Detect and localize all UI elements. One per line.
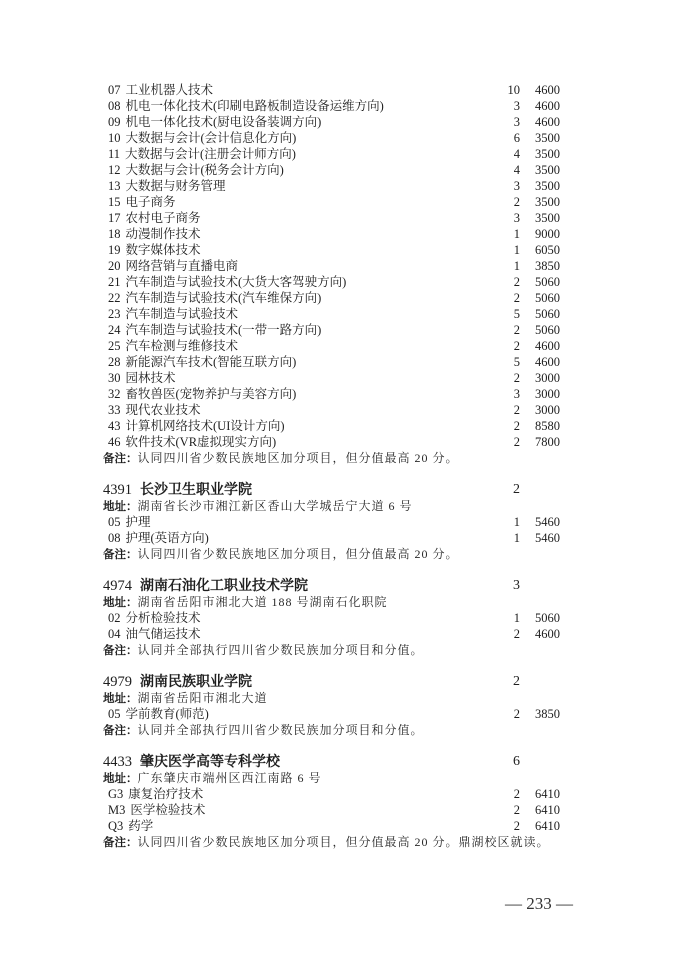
program-name: 汽车制造与试验技术 [126,307,239,321]
program-fee: 3500 [535,210,560,226]
program-code: 09 [108,115,121,129]
program-row: 12大数据与会计(税务会计方向)43500 [103,162,573,178]
program-name: 计算机网络技术(UI设计方向) [126,419,285,433]
program-row: 43计算机网络技术(UI设计方向)28580 [103,418,573,434]
program-row: 30园林技术23000 [103,370,573,386]
program-code: 19 [108,243,121,257]
school-header: 4974湖南石油化工职业技术学院3 [103,578,573,594]
program-fee: 3850 [535,706,560,722]
program-count: 2 [495,402,520,418]
program-code: 22 [108,291,121,305]
note-line: 备注：认同四川省少数民族地区加分项目，但分值最高 20 分。 [103,450,573,466]
program-name: 畜牧兽医(宠物养护与美容方向) [126,387,297,401]
program-count: 5 [495,306,520,322]
program-code: 11 [108,147,120,161]
address-label: 地址： [103,595,138,609]
program-code: 08 [108,531,121,545]
program-fee: 4600 [535,338,560,354]
address-label: 地址： [103,771,138,785]
program-row: 25汽车检测与维修技术24600 [103,338,573,354]
program-count: 3 [495,114,520,130]
address-text: 湖南省岳阳市湘北大道 [138,691,268,705]
program-row: 05护理15460 [103,514,573,530]
program-name: 大数据与会计(会计信息化方向) [126,131,297,145]
program-fee: 5060 [535,306,560,322]
program-row: 07工业机器人技术104600 [103,82,573,98]
school-count: 3 [495,578,520,594]
school-section-continued: 07工业机器人技术104600 08机电一体化技术(印刷电路板制造设备运维方向)… [103,82,573,466]
program-row: 08机电一体化技术(印刷电路板制造设备运维方向)34600 [103,98,573,114]
program-fee: 6410 [535,818,560,834]
note-label: 备注： [103,643,138,657]
program-row: 28新能源汽车技术(智能互联方向)54600 [103,354,573,370]
school-header: 4433肇庆医学高等专科学校6 [103,754,573,770]
section-spacer [103,738,573,754]
program-fee: 3000 [535,370,560,386]
program-code: 20 [108,259,121,273]
program-row: M3医学检验技术26410 [103,802,573,818]
note-text: 认同并全部执行四川省少数民族加分项目和分值。 [138,723,424,737]
program-count: 2 [495,274,520,290]
program-code: 24 [108,323,121,337]
program-code: G3 [108,787,123,801]
school-name: 肇庆医学高等专科学校 [140,754,280,770]
program-row: 24汽车制造与试验技术(一带一路方向)25060 [103,322,573,338]
school-section: 4391长沙卫生职业学院2 地址：湖南省长沙市湘江新区香山大学城岳宁大道 6 号… [103,482,573,562]
program-fee: 5060 [535,290,560,306]
address-text: 广东肇庆市端州区西江南路 6 号 [138,771,322,785]
program-name: 大数据与会计(注册会计师方向) [125,147,296,161]
note-text: 认同并全部执行四川省少数民族加分项目和分值。 [138,643,424,657]
program-code: 12 [108,163,121,177]
program-code: 17 [108,211,121,225]
program-fee: 9000 [535,226,560,242]
program-name: 汽车检测与维修技术 [126,339,239,353]
address-line: 地址：湖南省岳阳市湘北大道 [103,690,573,706]
address-label: 地址： [103,499,138,513]
program-code: M3 [108,803,125,817]
program-fee: 3000 [535,386,560,402]
note-label: 备注： [103,547,138,561]
program-count: 4 [495,146,520,162]
program-row: 20网络营销与直播电商13850 [103,258,573,274]
section-spacer [103,658,573,674]
program-name: 数字媒体技术 [126,243,201,257]
program-row: 23汽车制造与试验技术55060 [103,306,573,322]
program-row: 17农村电子商务33500 [103,210,573,226]
note-line: 备注：认同并全部执行四川省少数民族加分项目和分值。 [103,722,573,738]
school-name: 湖南民族职业学院 [140,674,252,690]
program-name: 汽车制造与试验技术(大货大客驾驶方向) [126,275,347,289]
program-code: 05 [108,515,121,529]
program-fee: 4600 [535,354,560,370]
address-line: 地址：湖南省岳阳市湘北大道 188 号湖南石化职院 [103,594,573,610]
program-fee: 3500 [535,194,560,210]
program-code: 10 [108,131,121,145]
program-count: 2 [495,434,520,450]
program-fee: 5060 [535,274,560,290]
program-name: 护理 [126,515,151,529]
program-code: 18 [108,227,121,241]
page-number: — 233 — [505,894,573,914]
program-code: 13 [108,179,121,193]
program-row: 22汽车制造与试验技术(汽车维保方向)25060 [103,290,573,306]
address-text: 湖南省岳阳市湘北大道 188 号湖南石化职院 [138,595,388,609]
school-header: 4979湖南民族职业学院2 [103,674,573,690]
program-count: 2 [495,626,520,642]
program-name: 农村电子商务 [126,211,201,225]
address-line: 地址：湖南省长沙市湘江新区香山大学城岳宁大道 6 号 [103,498,573,514]
note-label: 备注： [103,451,138,465]
program-code: 08 [108,99,121,113]
program-row: 02分析检验技术15060 [103,610,573,626]
program-count: 3 [495,98,520,114]
program-count: 6 [495,130,520,146]
program-code: 23 [108,307,121,321]
program-name: 新能源汽车技术(智能互联方向) [126,355,297,369]
program-code: 43 [108,419,121,433]
program-fee: 4600 [535,82,560,98]
program-row: 08护理(英语方向)15460 [103,530,573,546]
program-fee: 5460 [535,530,560,546]
program-code: 46 [108,435,121,449]
program-fee: 3850 [535,258,560,274]
program-code: 07 [108,83,121,97]
program-name: 分析检验技术 [126,611,201,625]
program-row: Q3药学26410 [103,818,573,834]
program-code: 21 [108,275,121,289]
section-spacer [103,466,573,482]
school-count: 2 [495,482,520,498]
note-label: 备注： [103,723,138,737]
program-code: 05 [108,707,121,721]
program-count: 3 [495,386,520,402]
program-name: 油气储运技术 [126,627,201,641]
program-row: 46软件技术(VR虚拟现实方向)27800 [103,434,573,450]
program-count: 2 [495,322,520,338]
program-row: 33现代农业技术23000 [103,402,573,418]
address-label: 地址： [103,691,138,705]
program-row: 32畜牧兽医(宠物养护与美容方向)33000 [103,386,573,402]
program-code: 25 [108,339,121,353]
program-fee: 4600 [535,626,560,642]
program-row: 11大数据与会计(注册会计师方向)43500 [103,146,573,162]
school-name: 湖南石油化工职业技术学院 [140,578,308,594]
program-count: 3 [495,210,520,226]
program-fee: 5060 [535,322,560,338]
school-code: 4391 [103,482,132,498]
address-text: 湖南省长沙市湘江新区香山大学城岳宁大道 6 号 [138,499,413,513]
program-count: 2 [495,706,520,722]
school-code: 4979 [103,674,132,690]
program-count: 2 [495,370,520,386]
program-row: 05学前教育(师范)23850 [103,706,573,722]
school-count: 6 [495,754,520,770]
program-count: 2 [495,194,520,210]
note-line: 备注：认同四川省少数民族地区加分项目，但分值最高 20 分。 [103,546,573,562]
program-fee: 3000 [535,402,560,418]
program-count: 1 [495,530,520,546]
program-name: 电子商务 [126,195,176,209]
program-count: 2 [495,290,520,306]
program-fee: 5460 [535,514,560,530]
note-label: 备注： [103,835,138,849]
program-count: 1 [495,514,520,530]
program-fee: 5060 [535,610,560,626]
program-name: 大数据与会计(税务会计方向) [126,163,284,177]
program-row: 21汽车制造与试验技术(大货大客驾驶方向)25060 [103,274,573,290]
program-fee: 3500 [535,178,560,194]
note-text: 认同四川省少数民族地区加分项目，但分值最高 20 分。鼎湖校区就读。 [138,835,550,849]
program-name: 网络营销与直播电商 [126,259,239,273]
program-name: 医学检验技术 [130,803,205,817]
program-name: 机电一体化技术(厨电设备装调方向) [126,115,322,129]
program-fee: 7800 [535,434,560,450]
program-code: 02 [108,611,121,625]
program-row: 13大数据与财务管理33500 [103,178,573,194]
note-line: 备注：认同四川省少数民族地区加分项目，但分值最高 20 分。鼎湖校区就读。 [103,834,573,850]
program-fee: 4600 [535,114,560,130]
program-code: 04 [108,627,121,641]
program-count: 10 [495,82,520,98]
program-name: 护理(英语方向) [126,531,209,545]
address-line: 地址：广东肇庆市端州区西江南路 6 号 [103,770,573,786]
program-name: 药学 [128,819,153,833]
program-count: 5 [495,354,520,370]
program-count: 2 [495,338,520,354]
program-fee: 4600 [535,98,560,114]
program-name: 学前教育(师范) [126,707,209,721]
program-fee: 6050 [535,242,560,258]
program-count: 1 [495,226,520,242]
program-name: 汽车制造与试验技术(汽车维保方向) [126,291,322,305]
program-fee: 8580 [535,418,560,434]
program-name: 机电一体化技术(印刷电路板制造设备运维方向) [126,99,384,113]
program-row: 19数字媒体技术16050 [103,242,573,258]
document-page: 07工业机器人技术104600 08机电一体化技术(印刷电路板制造设备运维方向)… [103,82,573,850]
program-name: 软件技术(VR虚拟现实方向) [126,435,277,449]
school-name: 长沙卫生职业学院 [140,482,252,498]
school-header: 4391长沙卫生职业学院2 [103,482,573,498]
program-fee: 3500 [535,130,560,146]
program-count: 2 [495,818,520,834]
program-name: 大数据与财务管理 [126,179,226,193]
school-code: 4974 [103,578,132,594]
school-count: 2 [495,674,520,690]
program-code: Q3 [108,819,123,833]
program-count: 3 [495,178,520,194]
program-row: 18动漫制作技术19000 [103,226,573,242]
program-count: 4 [495,162,520,178]
program-row: 09机电一体化技术(厨电设备装调方向)34600 [103,114,573,130]
program-row: 10大数据与会计(会计信息化方向)63500 [103,130,573,146]
program-code: 33 [108,403,121,417]
program-code: 30 [108,371,121,385]
program-count: 2 [495,418,520,434]
program-name: 园林技术 [126,371,176,385]
program-count: 2 [495,786,520,802]
program-row: 15电子商务23500 [103,194,573,210]
program-code: 15 [108,195,121,209]
school-code: 4433 [103,754,132,770]
program-row: G3康复治疗技术26410 [103,786,573,802]
program-name: 康复治疗技术 [128,787,203,801]
program-count: 1 [495,242,520,258]
program-fee: 6410 [535,802,560,818]
note-line: 备注：认同并全部执行四川省少数民族加分项目和分值。 [103,642,573,658]
program-fee: 6410 [535,786,560,802]
program-code: 28 [108,355,121,369]
note-text: 认同四川省少数民族地区加分项目，但分值最高 20 分。 [138,547,459,561]
program-name: 动漫制作技术 [126,227,201,241]
program-count: 1 [495,610,520,626]
program-code: 32 [108,387,121,401]
program-name: 现代农业技术 [126,403,201,417]
program-fee: 3500 [535,162,560,178]
program-count: 2 [495,802,520,818]
program-name: 工业机器人技术 [126,83,214,97]
program-count: 1 [495,258,520,274]
note-text: 认同四川省少数民族地区加分项目，但分值最高 20 分。 [138,451,459,465]
program-row: 04油气储运技术24600 [103,626,573,642]
school-section: 4974湖南石油化工职业技术学院3 地址：湖南省岳阳市湘北大道 188 号湖南石… [103,578,573,658]
program-name: 汽车制造与试验技术(一带一路方向) [126,323,322,337]
section-spacer [103,562,573,578]
school-section: 4979湖南民族职业学院2 地址：湖南省岳阳市湘北大道 05学前教育(师范)23… [103,674,573,738]
school-section: 4433肇庆医学高等专科学校6 地址：广东肇庆市端州区西江南路 6 号 G3康复… [103,754,573,850]
program-fee: 3500 [535,146,560,162]
